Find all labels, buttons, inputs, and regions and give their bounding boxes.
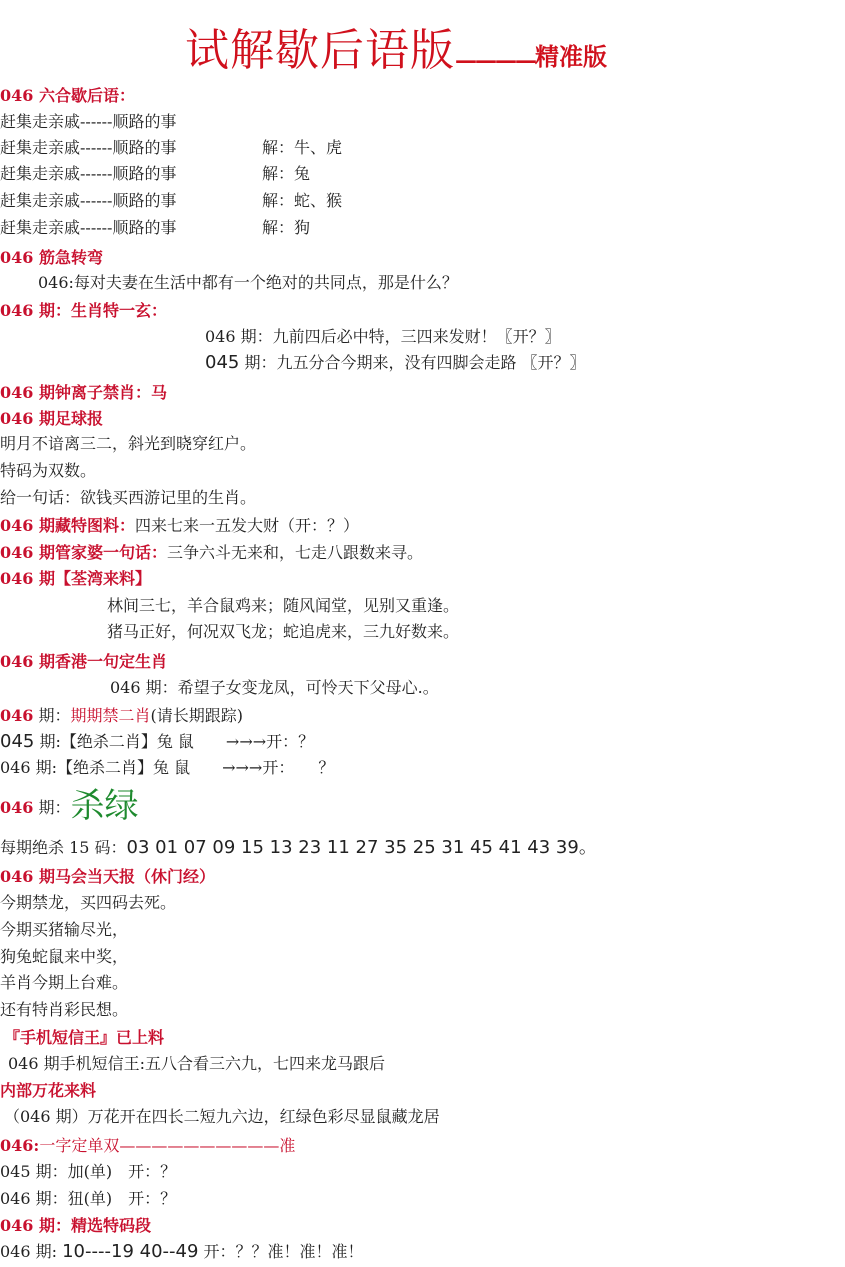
highlight-green: 杀绿	[71, 786, 139, 826]
body-line: 今期买猪输尽光，	[0, 919, 128, 941]
note-text: (请长期跟踪)	[151, 706, 244, 725]
section-header: 046 期：生肖特一玄：	[0, 300, 167, 322]
issue-number: 046	[0, 706, 33, 725]
body-line: 046 期：狃(单) 开：？	[0, 1188, 176, 1210]
body-line: 045 期：九五分合今期来，没有四脚会走路 〖开？〗	[205, 352, 586, 374]
section-header: 046 六合歇后语：	[0, 85, 135, 107]
title-sub: 精准版	[535, 42, 607, 71]
section-header: 期期禁二肖	[71, 706, 151, 725]
issue-number: 046:	[0, 1136, 39, 1155]
riddle-line: 赶集走亲戚------顺路的事解：兔	[0, 163, 176, 185]
body-text: 开：？？准！准！准！	[198, 1242, 363, 1261]
body-line: 046 期手机短信王:五八合看三六九，七四来龙马跟后	[8, 1053, 385, 1075]
label-text: 每期绝杀 15 码：	[0, 838, 127, 857]
code-list: 03 01 07 09 15 13 23 11 27 35 25 31 45 4…	[127, 837, 597, 858]
riddle-text: 赶集走亲戚------顺路的事	[0, 191, 176, 210]
riddle-line: 赶集走亲戚------顺路的事解：狗	[0, 217, 176, 239]
title-dash: ————	[455, 48, 535, 74]
riddle-answer: 解：狗	[262, 217, 310, 239]
section-header: 046 期藏特图料：	[0, 516, 135, 535]
riddle-line: 赶集走亲戚------顺路的事	[0, 111, 176, 133]
label-text: 期：	[33, 798, 70, 817]
riddle-text: 赶集走亲戚------顺路的事	[0, 138, 176, 157]
issue-number: 045	[0, 731, 34, 752]
riddle-line: 赶集走亲戚------顺路的事解：蛇、猴	[0, 190, 176, 212]
body-line: 046:每对夫妻在生活中都有一个绝对的共同点，那是什么？	[38, 272, 458, 294]
riddle-line: 赶集走亲戚------顺路的事解：牛、虎	[0, 137, 176, 159]
section-line: 046 期：杀绿	[0, 795, 139, 819]
section-header: 046 期：精选特码段	[0, 1215, 151, 1237]
riddle-answer: 解：兔	[262, 163, 310, 185]
body-line: 狗兔蛇鼠来中奖，	[0, 946, 128, 968]
body-line: 给一句话：欲钱买西游记里的生肖。	[0, 487, 256, 509]
body-line: 今期禁龙，买四码去死。	[0, 892, 176, 914]
label-text: 期：	[33, 706, 70, 725]
body-line: 明月不谙离三二，斜光到晓穿红户。	[0, 433, 256, 455]
body-line: 046 期:【绝杀二肖】兔 鼠 →→→开： ？	[0, 757, 334, 779]
body-line: （046 期）万花开在四长二短九六边，红绿色彩尽显鼠藏龙居	[4, 1106, 440, 1128]
body-line: 还有特肖彩民想。	[0, 999, 128, 1021]
riddle-text: 赶集走亲戚------顺路的事	[0, 218, 176, 237]
section-header: 046 期管家婆一句话：	[0, 543, 167, 562]
body-line: 045 期：加(单) 开：？	[0, 1161, 176, 1183]
body-line: 猪马正好，何况双飞龙；蛇追虎来，三九好数来。	[107, 621, 459, 643]
body-line: 046 期: 10----19 40--49 开：？？准！准！准！	[0, 1241, 364, 1263]
issue-number: 045	[205, 352, 239, 373]
label-text: 046 期:	[0, 1242, 62, 1261]
issue-number: 046	[0, 798, 33, 817]
riddle-text: 赶集走亲戚------顺路的事	[0, 164, 176, 183]
title-main: 试解歇后语版	[185, 25, 455, 76]
section-header: 046 期马会当天报（休门经）	[0, 866, 215, 888]
code-range: 10----19 40--49	[62, 1241, 198, 1262]
section-header: 046 期钟离子禁肖：马	[0, 382, 167, 404]
body-line: 羊肖今期上台难。	[0, 972, 128, 994]
body-line: 每期绝杀 15 码：03 01 07 09 15 13 23 11 27 35 …	[0, 837, 597, 859]
section-header: 046 期【荃湾来料】	[0, 568, 151, 590]
section-header: 『手机短信王』已上料	[4, 1027, 164, 1049]
section-header: 一字定单双——————————准	[39, 1136, 295, 1155]
riddle-answer: 解：牛、虎	[262, 137, 342, 159]
riddle-answer: 解：蛇、猴	[262, 190, 342, 212]
section-header: 046 期足球报	[0, 408, 103, 430]
section-header: 046 期香港一句定生肖	[0, 651, 167, 673]
section-line: 046 期管家婆一句话：三争六斗无来和，七走八跟数来寻。	[0, 542, 423, 564]
page-title: 试解歇后语版————精准版	[185, 14, 607, 78]
section-line: 046 期：期期禁二肖(请长期跟踪)	[0, 705, 243, 727]
body-line: 046 期：九前四后必中特，三四来发财！〖开？〗	[205, 326, 561, 348]
body-text: 期：九五分合今期来，没有四脚会走路 〖开？〗	[239, 353, 585, 372]
body-line: 045 期:【绝杀二肖】兔 鼠 →→→开：？	[0, 731, 314, 753]
body-line: 046 期：希望子女变龙凤，可怜天下父母心.。	[110, 677, 439, 699]
section-header: 内部万花来料	[0, 1080, 96, 1102]
body-text: 三争六斗无来和，七走八跟数来寻。	[167, 543, 423, 562]
body-text: 期:【绝杀二肖】兔 鼠 →→→开：？	[34, 732, 314, 751]
section-line: 046:一字定单双——————————准	[0, 1135, 295, 1157]
section-header: 046 筋急转弯	[0, 247, 103, 269]
body-line: 特码为双数。	[0, 460, 96, 482]
section-line: 046 期藏特图料：四来七来一五发大财（开：？）	[0, 515, 359, 537]
body-text: 四来七来一五发大财（开：？）	[135, 516, 359, 535]
body-line: 林间三七，羊合鼠鸡来；随风闻堂，见别又重逢。	[107, 595, 459, 617]
